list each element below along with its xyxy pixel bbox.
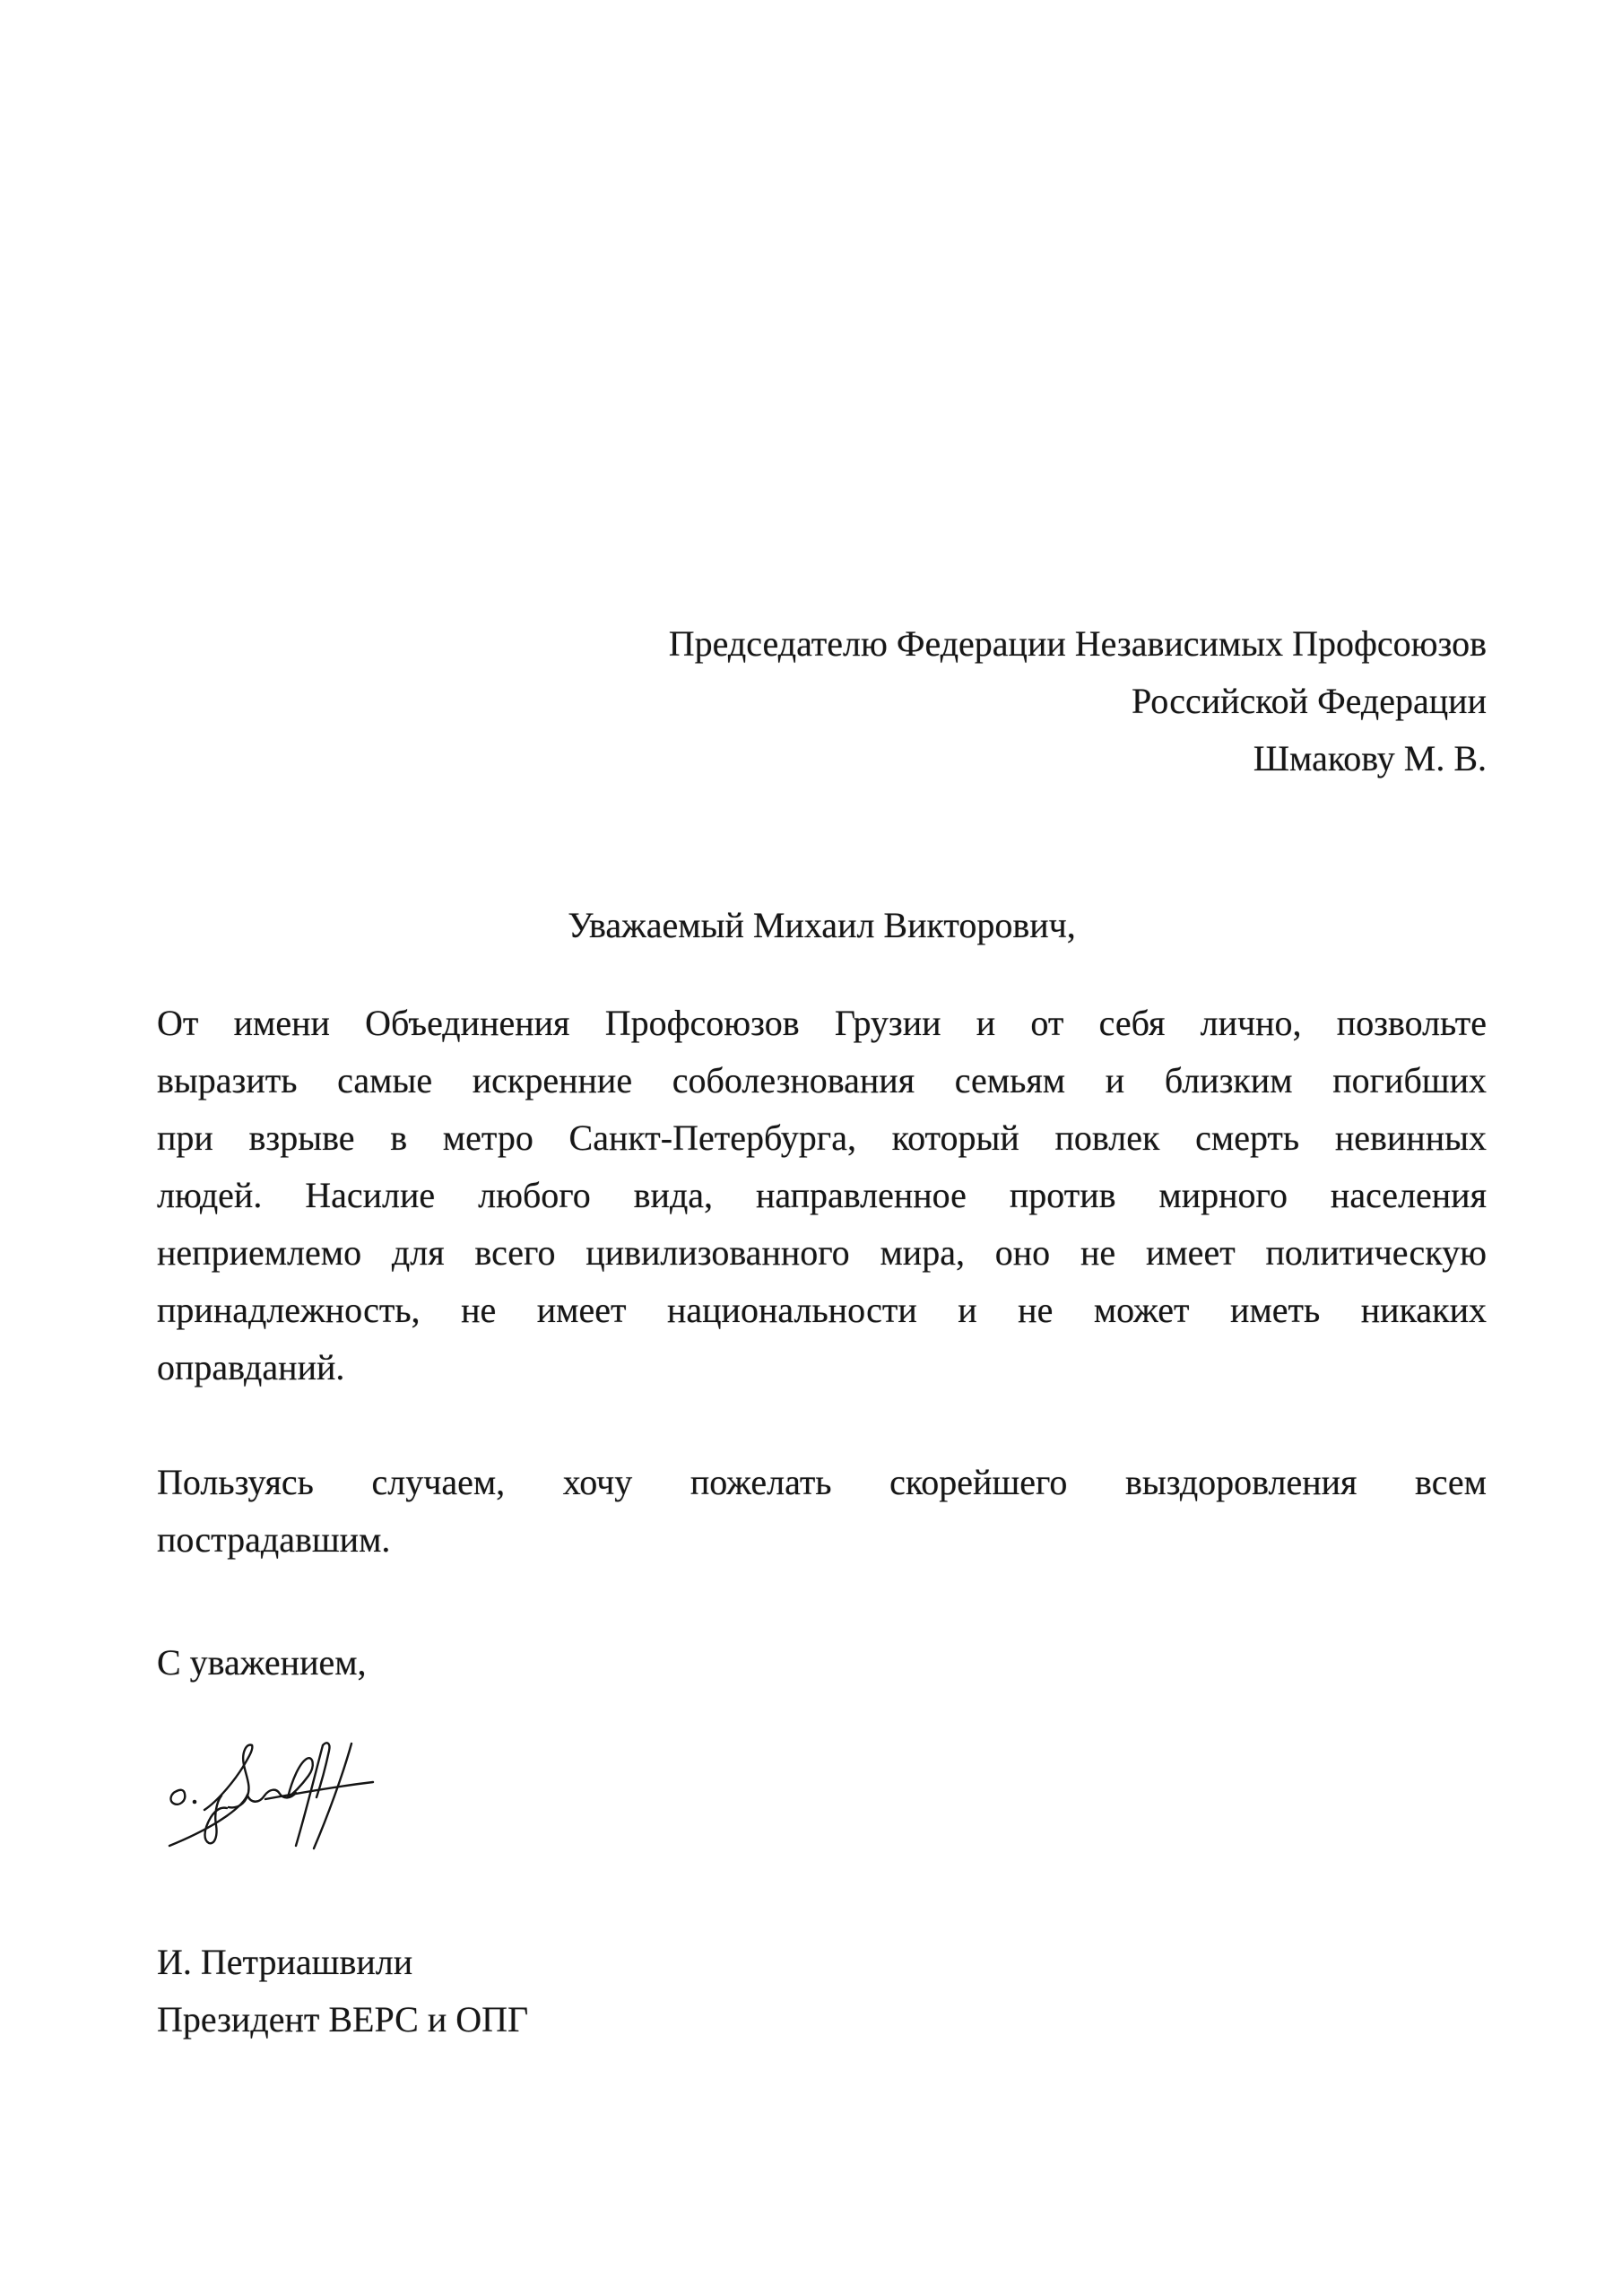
signature-initial-stroke: [170, 1790, 185, 1805]
paragraph-1-line: неприемлемо для всего цивилизованного ми…: [157, 1224, 1487, 1282]
salutation: Уважаемый Михаил Викторович,: [157, 897, 1487, 954]
paragraph-1-line: людей. Насилие любого вида, направленное…: [157, 1167, 1487, 1224]
signatory-name: И. Петриашвили: [157, 1934, 1487, 1991]
paragraph-2-line: Пользуясь случаем, хочу пожелать скорейш…: [157, 1454, 1487, 1511]
signature-descender-loop: [205, 1796, 228, 1843]
letter-page: Председателю Федерации Независимых Профс…: [0, 0, 1622, 2296]
paragraph-1-line: От имени Объединения Профсоюзов Грузии и…: [157, 995, 1487, 1052]
paragraph-1-line: выразить самые искренние соболезнования …: [157, 1052, 1487, 1109]
signatory-title: Президент ВЕРС и ОПГ: [157, 1991, 1487, 2048]
paragraph-1-line: при взрыве в метро Санкт-Петербурга, кот…: [157, 1109, 1487, 1167]
recipient-line-3: Шмакову М. В.: [157, 730, 1487, 787]
closing-line: С уважением,: [157, 1634, 1487, 1692]
signature-diagonal-1: [296, 1745, 323, 1846]
paragraph-1: От имени Объединения Профсоюзов Грузии и…: [157, 995, 1487, 1396]
signatory-block: И. Петриашвили Президент ВЕРС и ОПГ: [157, 1934, 1487, 2048]
signature-cross-stroke: [265, 1782, 373, 1799]
recipient-line-2: Российской Федерации: [157, 673, 1487, 730]
signature-period-dot: [193, 1800, 197, 1805]
paragraph-2: Пользуясь случаем, хочу пожелать скорейш…: [157, 1454, 1487, 1569]
handwritten-signature-icon: [164, 1738, 379, 1850]
recipient-block: Председателю Федерации Независимых Профс…: [157, 615, 1487, 787]
paragraph-1-last-line: оправданий.: [157, 1339, 1487, 1396]
paragraph-1-line: принадлежность, не имеет национальности …: [157, 1282, 1487, 1339]
recipient-line-1: Председателю Федерации Независимых Профс…: [157, 615, 1487, 673]
paragraph-2-last-line: пострадавшим.: [157, 1511, 1487, 1569]
